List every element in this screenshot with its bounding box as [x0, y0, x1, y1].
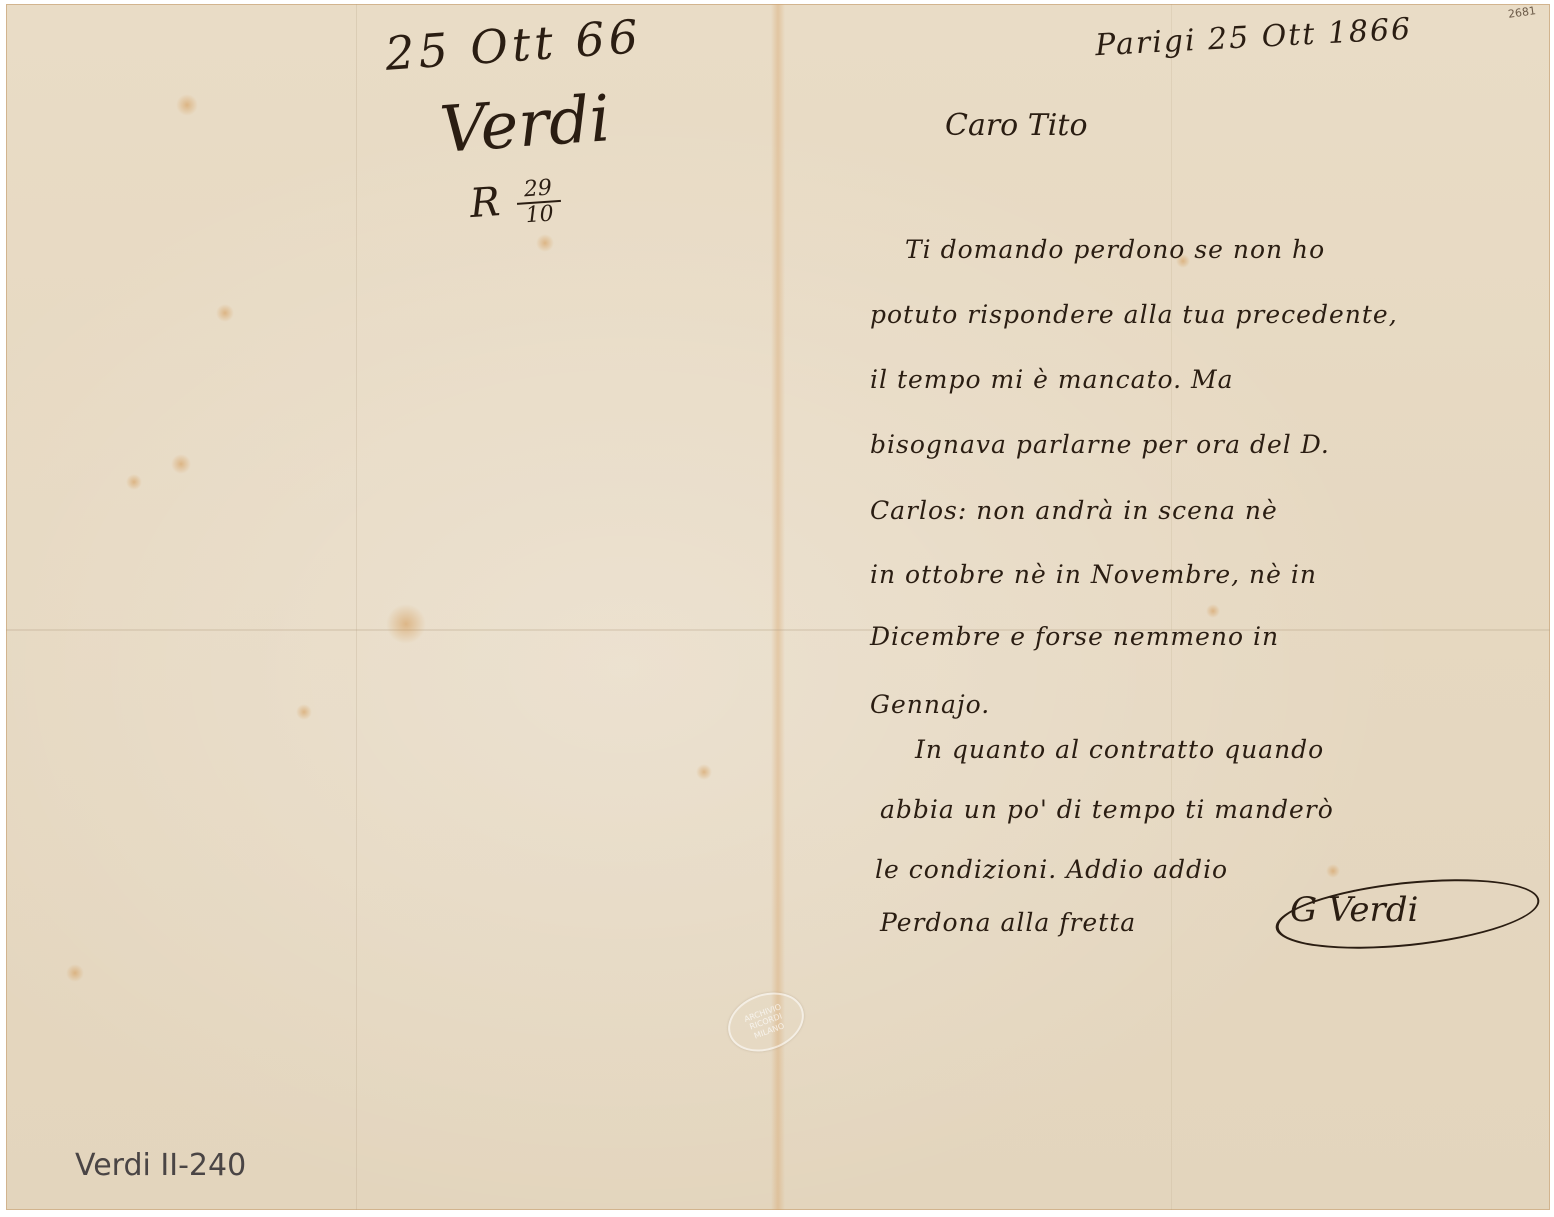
signature: G Verdi: [1290, 890, 1418, 930]
foxing-spot: [696, 764, 712, 780]
foxing-spot: [171, 454, 191, 474]
foxing-spot: [216, 304, 234, 322]
letter-line: il tempo mi è mancato. Ma: [870, 365, 1234, 394]
docket-reply-date: R 29 10: [468, 175, 562, 232]
foxing-spot: [66, 964, 84, 982]
letter-line: bisognava parlarne per ora del D.: [870, 430, 1330, 459]
reply-fraction: 29 10: [515, 176, 562, 229]
archive-reference: Verdi II-240: [75, 1148, 246, 1183]
foxing-spot: [1326, 864, 1340, 878]
reply-prefix: R: [468, 179, 501, 227]
foxing-spot: [296, 704, 312, 720]
salutation: Caro Tito: [945, 108, 1088, 143]
letter-line: abbia un po' di tempo ti manderò: [880, 795, 1334, 824]
letter-line: le condizioni. Addio addio: [875, 855, 1228, 884]
letter-line: Ti domando perdono se non ho: [905, 235, 1325, 264]
letter-line: Carlos: non andrà in scena nè: [870, 496, 1278, 525]
foxing-spot: [1206, 604, 1220, 618]
fold-line-left: [356, 4, 357, 1210]
reply-month: 10: [517, 202, 563, 229]
docket-name: Verdi: [438, 82, 613, 168]
foxing-spot: [536, 234, 554, 252]
letter-line: Dicembre e forse nemmeno in: [870, 622, 1279, 651]
reply-day: 29: [515, 176, 561, 205]
foxing-spot: [126, 474, 142, 490]
letter-line: Gennajo.: [870, 690, 990, 719]
horizontal-fold: [6, 629, 1550, 631]
letter-line: in ottobre nè in Novembre, nè in: [870, 560, 1317, 589]
foxing-spot: [386, 604, 426, 644]
fold-line-right: [1171, 4, 1172, 1210]
foxing-spot: [176, 94, 198, 116]
letter-line: In quanto al contratto quando: [915, 735, 1324, 764]
letter-line: potuto rispondere alla tua precedente,: [870, 300, 1398, 329]
letter-line: Perdona alla fretta: [880, 908, 1136, 937]
